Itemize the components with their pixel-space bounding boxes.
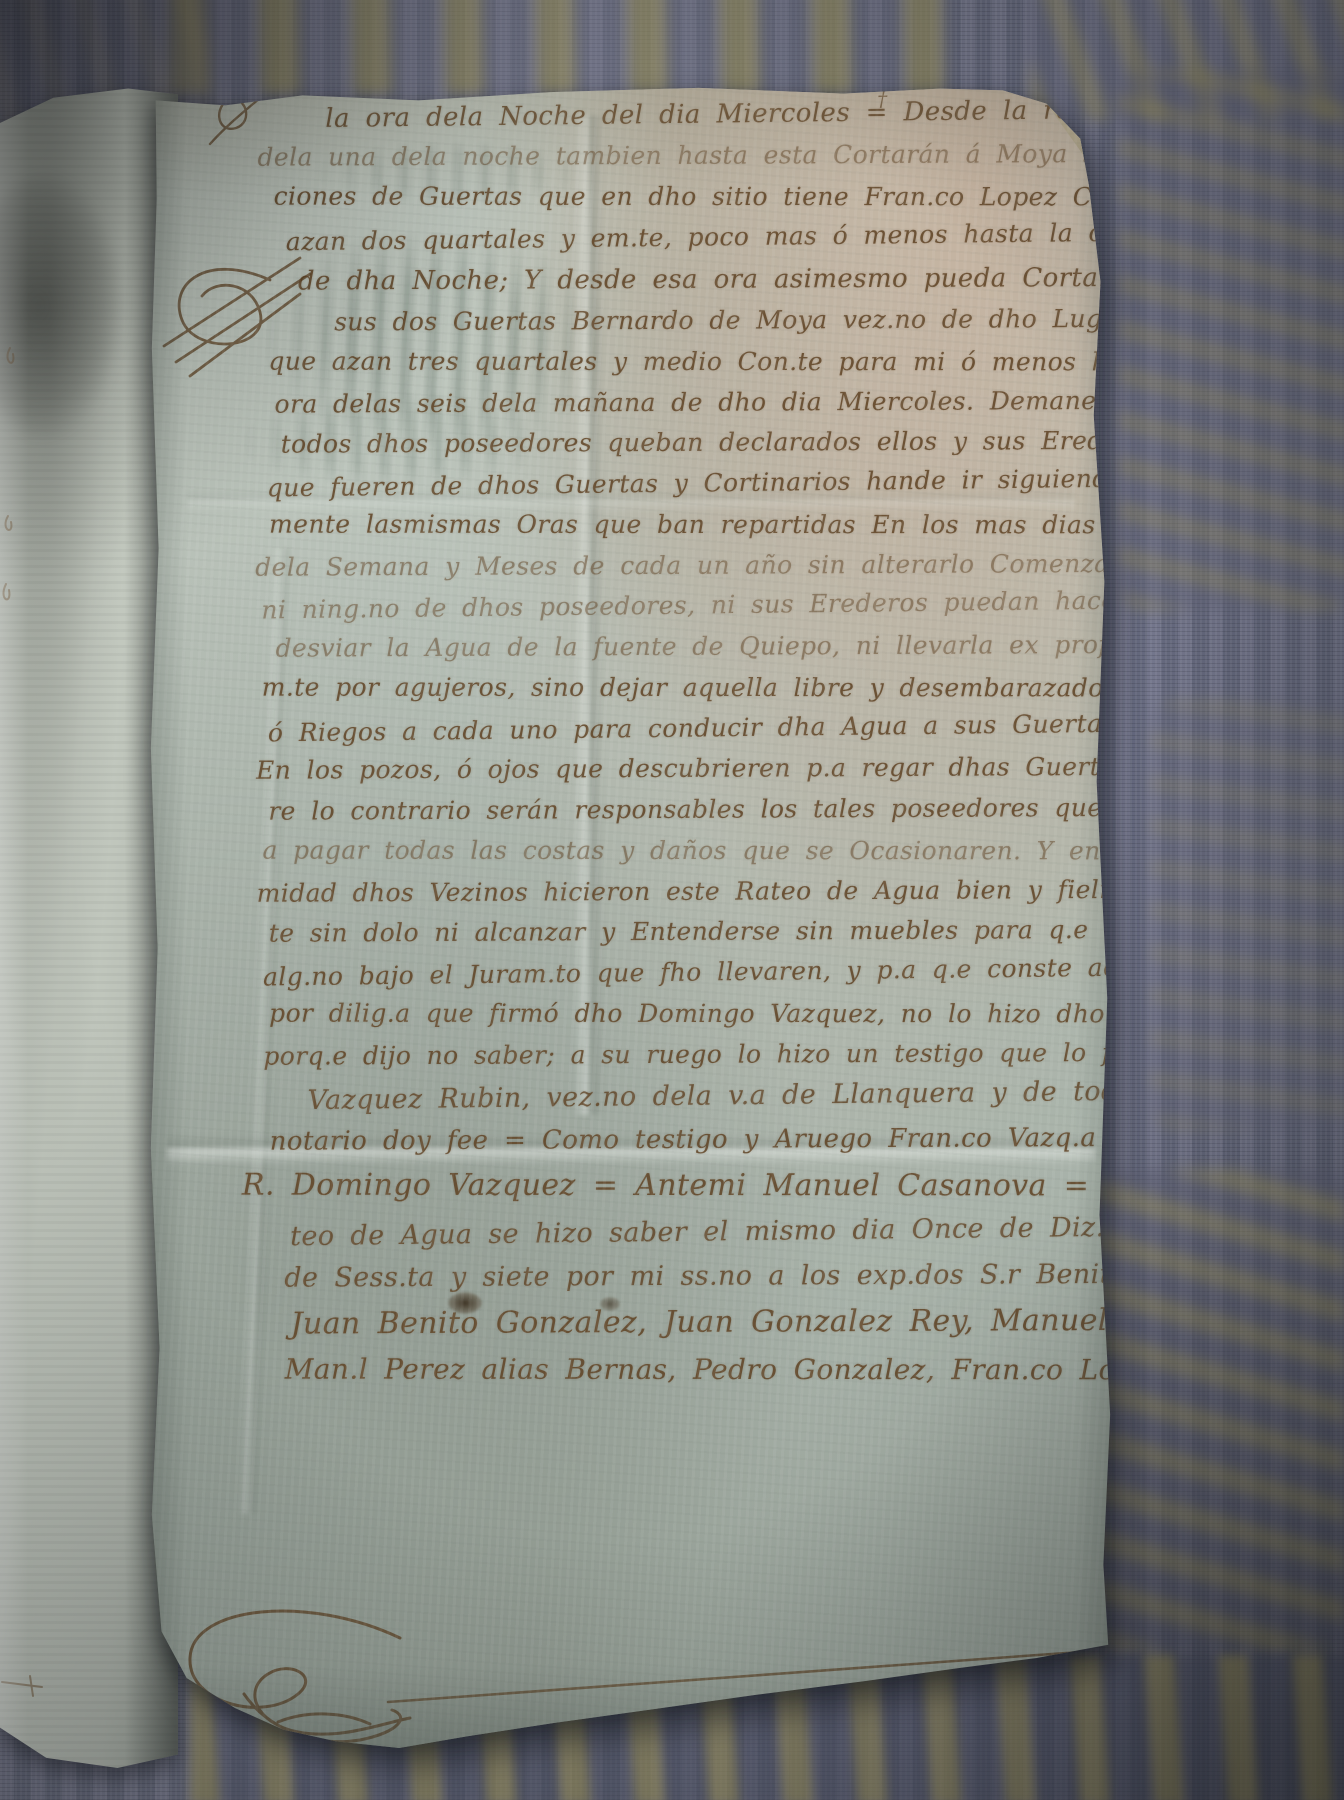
rubric-flourish-bottom <box>190 1611 410 1742</box>
seal-bleedthrough-blot <box>0 176 122 436</box>
manuscript-line: que fueren de dhos Guertas y Cortinarios… <box>267 459 1053 509</box>
fabric-motif <box>1150 700 1344 1130</box>
manuscript-line: notario doy fee = Como testigo y Aruego … <box>270 1117 1056 1163</box>
manuscript-line: de Sess.ta y siete por mi ss.no a los ex… <box>284 1253 1056 1300</box>
manuscript-line: Man.l Perez alias Bernas, Pedro Gonzalez… <box>285 1347 1057 1393</box>
manuscript-text: † la ora dela Noche del dia Miercoles = … <box>237 92 1057 1395</box>
manuscript-line: dela una dela noche tambien hasta esta C… <box>257 135 1051 179</box>
manuscript-line: la ora dela Noche del dia Miercoles = De… <box>325 90 1051 141</box>
manuscript-line: azan dos quartales y em.te, poco mas ó m… <box>286 213 1052 262</box>
manuscript-line: teo de Agua se hizo saber el mismo dia O… <box>290 1206 1056 1259</box>
manuscript-line: a pagar todas las costas y daños que se … <box>262 830 1054 871</box>
manuscript-line: por dilig.a que firmó dho Domingo Vazque… <box>269 993 1055 1034</box>
manuscript-line: re lo contrario serán responsables los t… <box>268 788 1054 832</box>
fabric-motif <box>170 0 950 94</box>
manuscript-line: te sin dolo ni alcanzar y Entenderse sin… <box>269 910 1055 954</box>
manuscript-line: mente lasmismas Oras que ban repartidas … <box>269 504 1053 545</box>
manuscript-line: En los pozos, ó ojos que descubrieren p.… <box>256 747 1054 791</box>
manuscript-paper: † la ora dela Noche del dia Miercoles = … <box>148 82 1114 1748</box>
fabric-motif <box>1096 1170 1344 1650</box>
manuscript-line: ciones de Guertas que en dho sitio tiene… <box>274 177 1052 218</box>
manuscript-page: † la ora dela Noche del dia Miercoles = … <box>148 82 1114 1748</box>
manuscript-line: R. Domingo Vazquez = Antemi Manuel Casan… <box>242 1161 1056 1211</box>
manuscript-line: todos dhos poseedores queban declarados … <box>281 421 1053 465</box>
manuscript-line: ó Riegos a cada uno para conducir dha Ag… <box>268 704 1054 754</box>
manuscript-line: ora delas seis dela mañana de dho dia Mi… <box>274 381 1052 425</box>
manuscript-photo-scene: † la ora dela Noche del dia Miercoles = … <box>0 0 1344 1800</box>
manuscript-line: midad dhos Vezinos hicieron este Rateo d… <box>257 870 1055 914</box>
manuscript-line: ni ning.no de dhos poseedores, ni sus Er… <box>261 582 1053 632</box>
manuscript-line: porq.e dijo no saber; a su ruego lo hizo… <box>263 1033 1055 1077</box>
manuscript-line: m.te por agujeros, sino dejar aquella li… <box>262 667 1054 708</box>
manuscript-line: Vazquez Rubin, vez.no dela v.a de Llanqu… <box>307 1071 1055 1123</box>
manuscript-line: dela Semana y Meses de cada un año sin a… <box>255 544 1053 588</box>
manuscript-line: que azan tres quartales y medio Con.te p… <box>268 341 1052 382</box>
manuscript-line: Juan Benito Gonzalez, Juan Gonzalez Rey,… <box>290 1297 1056 1349</box>
manuscript-line: alg.no bajo el Juram.to que fho llevaren… <box>263 948 1055 998</box>
ink-blot <box>600 1297 620 1311</box>
fabric-motif <box>1118 70 1344 610</box>
ink-blot <box>448 1292 482 1314</box>
manuscript-line: sus dos Guertas Bernardo de Moya vez.no … <box>334 299 1052 343</box>
manuscript-line: desviar la Agua de la fuente de Quiepo, … <box>275 625 1053 669</box>
manuscript-line: de dha Noche; Y desde esa ora asimesmo p… <box>298 257 1052 303</box>
